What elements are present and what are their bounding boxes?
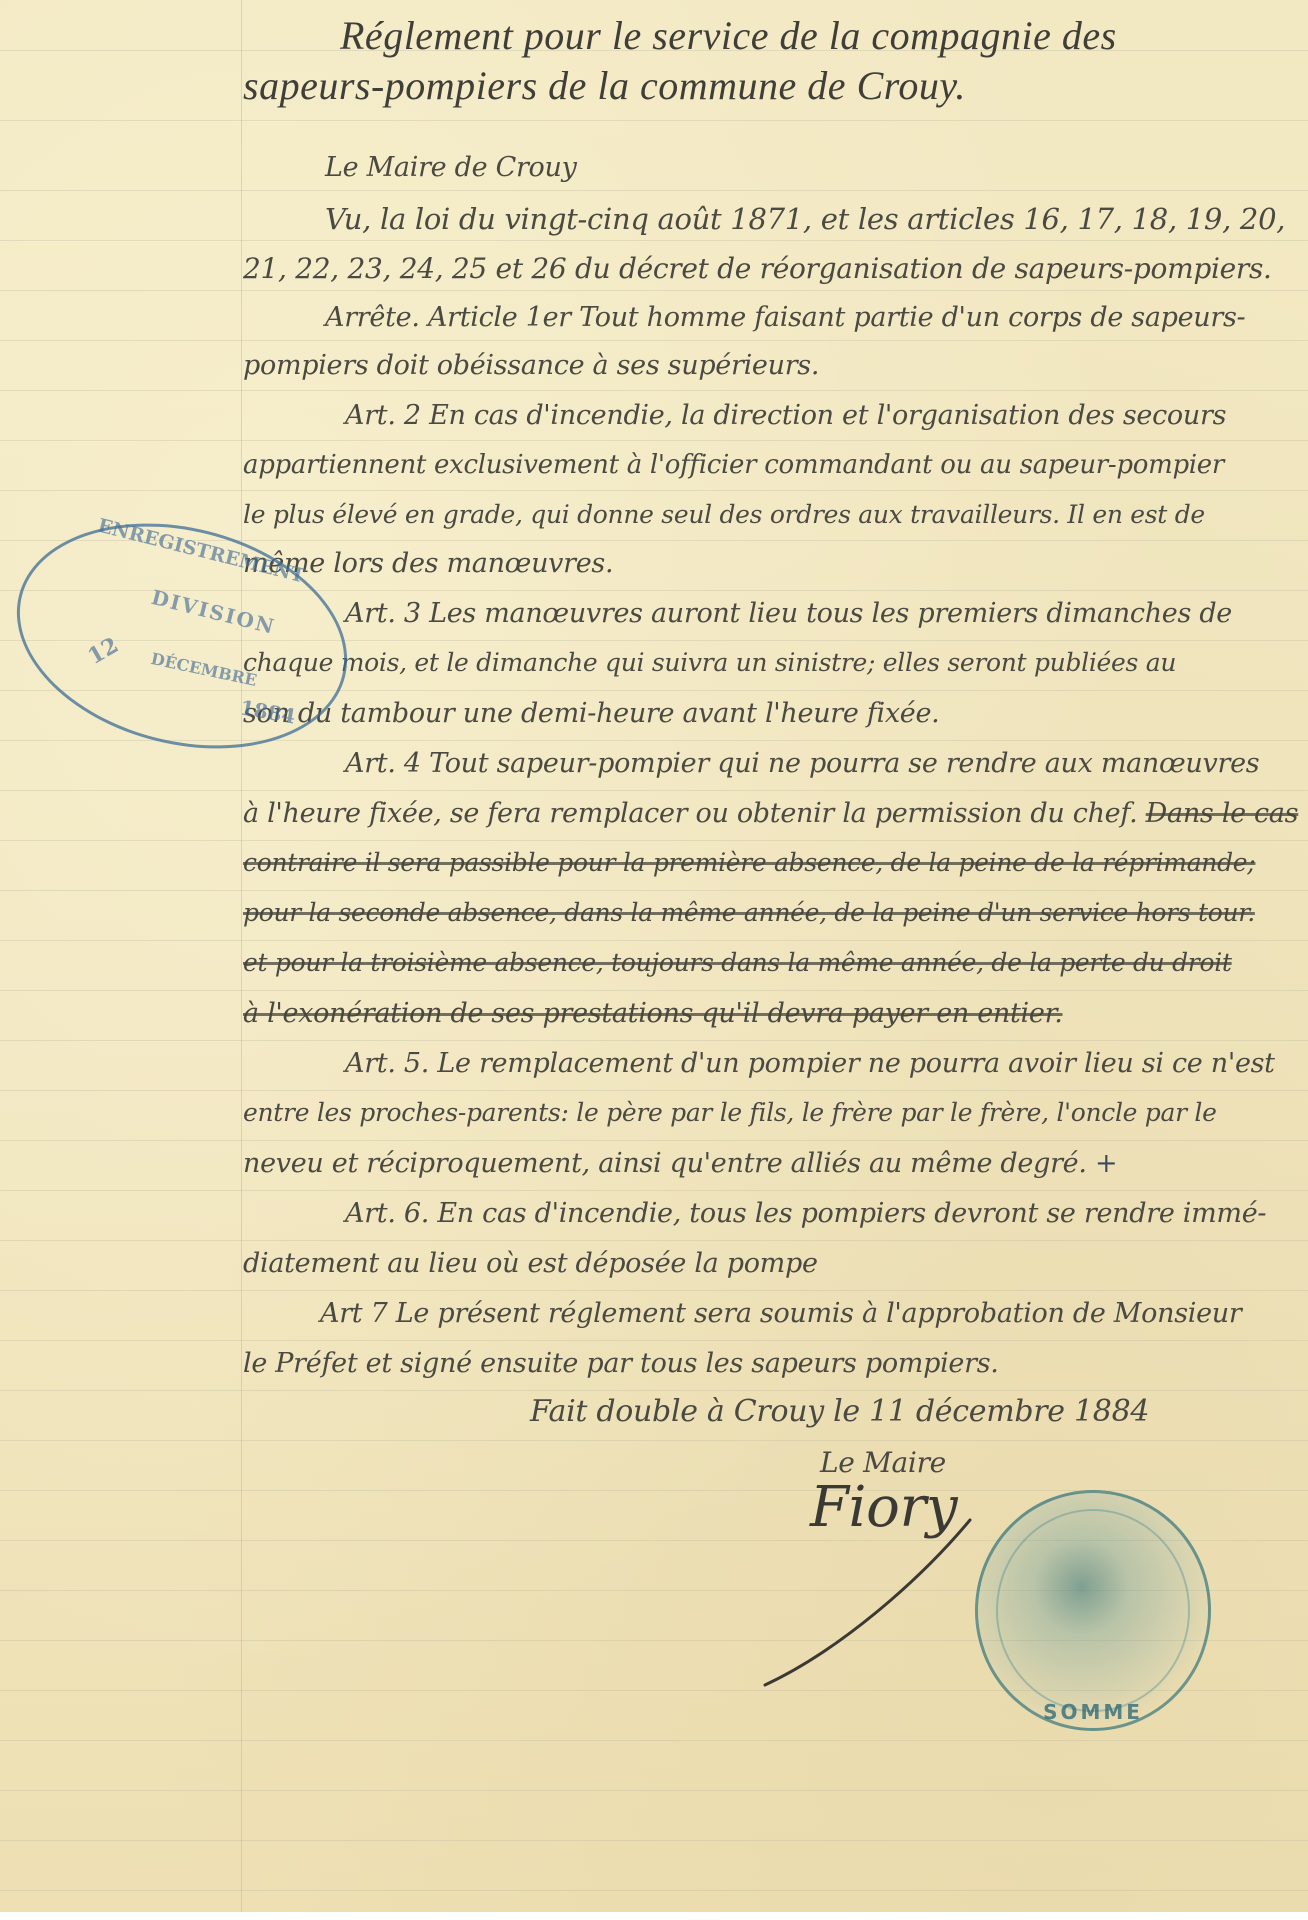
- struck-line: contraire il sera passible pour la premi…: [243, 848, 1255, 877]
- body-line: Vu, la loi du vingt-cinq août 1871, et l…: [325, 202, 1285, 236]
- article-5-text: neveu et réciproquement, ainsi qu'entre …: [243, 1148, 1087, 1179]
- document-title-line-2: sapeurs-pompiers de la commune de Crouy.: [243, 62, 966, 109]
- article-5-line: entre les proches-parents: le père par l…: [243, 1098, 1217, 1127]
- article-2-line: appartiennent exclusivement à l'officier…: [243, 450, 1224, 480]
- ruled-line: [0, 840, 1308, 841]
- document-title-line-1: Réglement pour le service de la compagni…: [340, 12, 1117, 59]
- ruled-line: [0, 240, 1308, 241]
- ruled-line: [0, 1890, 1308, 1891]
- ruled-line: [0, 940, 1308, 941]
- ruled-line: [0, 1240, 1308, 1241]
- struck-line: et pour la troisième absence, toujours d…: [243, 948, 1232, 977]
- ruled-line: [0, 120, 1308, 121]
- closing-date: Fait double à Crouy le 11 décembre 1884: [530, 1394, 1149, 1429]
- struck-line: à l'exonération de ses prestations qu'il…: [243, 998, 1063, 1029]
- heading-mayor: Le Maire de Crouy: [325, 152, 577, 183]
- article-2-line: Art. 2 En cas d'incendie, la direction e…: [345, 400, 1226, 431]
- seal-inner-ring: [996, 1509, 1190, 1712]
- article-4-line: à l'heure fixée, se fera remplacer ou ob…: [243, 798, 1298, 829]
- ruled-line: [0, 1740, 1308, 1741]
- ruled-line: [0, 1440, 1308, 1441]
- seal-text: SOMME: [978, 1700, 1208, 1724]
- ruled-line: [0, 1840, 1308, 1841]
- ruled-line: [0, 290, 1308, 291]
- article-7-line: Art 7 Le présent réglement sera soumis à…: [320, 1298, 1241, 1329]
- margin-line: [241, 0, 242, 1912]
- ruled-line: [0, 1040, 1308, 1041]
- article-4-line: Art. 4 Tout sapeur-pompier qui ne pourra…: [345, 748, 1259, 779]
- ruled-line: [0, 1190, 1308, 1191]
- article-5-line: neveu et réciproquement, ainsi qu'entre …: [243, 1148, 1117, 1179]
- ruled-line: [0, 340, 1308, 341]
- struck-text: Dans le cas: [1146, 798, 1299, 829]
- ruled-line: [0, 190, 1308, 191]
- mayor-seal: SOMME: [975, 1490, 1211, 1731]
- article-1-line: pompiers doit obéissance à ses supérieur…: [243, 350, 819, 381]
- body-line: 21, 22, 23, 24, 25 et 26 du décret de ré…: [243, 252, 1272, 285]
- ruled-line: [0, 1390, 1308, 1391]
- article-3-line: chaque mois, et le dimanche qui suivra u…: [243, 648, 1176, 677]
- ruled-line: [0, 440, 1308, 441]
- ruled-line: [0, 1090, 1308, 1091]
- article-5-line: Art. 5. Le remplacement d'un pompier ne …: [345, 1048, 1275, 1079]
- article-7-line: le Préfet et signé ensuite par tous les …: [243, 1348, 999, 1379]
- ruled-line: [0, 1290, 1308, 1291]
- article-4-text: à l'heure fixée, se fera remplacer ou ob…: [243, 798, 1137, 829]
- article-6-line: Art. 6. En cas d'incendie, tous les pomp…: [345, 1198, 1266, 1229]
- ruled-line: [0, 390, 1308, 391]
- ruled-line: [0, 1140, 1308, 1141]
- registration-stamp: [0, 491, 371, 782]
- signature-flourish-icon: [750, 1500, 990, 1700]
- article-1-line: Arrête. Article 1er Tout homme faisant p…: [325, 302, 1245, 333]
- annotation-mark: +: [1095, 1148, 1117, 1179]
- document-page: Réglement pour le service de la compagni…: [0, 0, 1308, 1912]
- ruled-line: [0, 790, 1308, 791]
- article-3-line: son du tambour une demi-heure avant l'he…: [243, 698, 939, 729]
- article-2-line: le plus élevé en grade, qui donne seul d…: [243, 500, 1205, 529]
- ruled-line: [0, 990, 1308, 991]
- ruled-line: [0, 1340, 1308, 1341]
- article-3-line: Art. 3 Les manœuvres auront lieu tous le…: [345, 598, 1232, 629]
- struck-line: pour la seconde absence, dans la même an…: [243, 898, 1255, 927]
- ruled-line: [0, 1790, 1308, 1791]
- article-6-line: diatement au lieu où est déposée la pomp…: [243, 1248, 818, 1279]
- ruled-line: [0, 490, 1308, 491]
- ruled-line: [0, 890, 1308, 891]
